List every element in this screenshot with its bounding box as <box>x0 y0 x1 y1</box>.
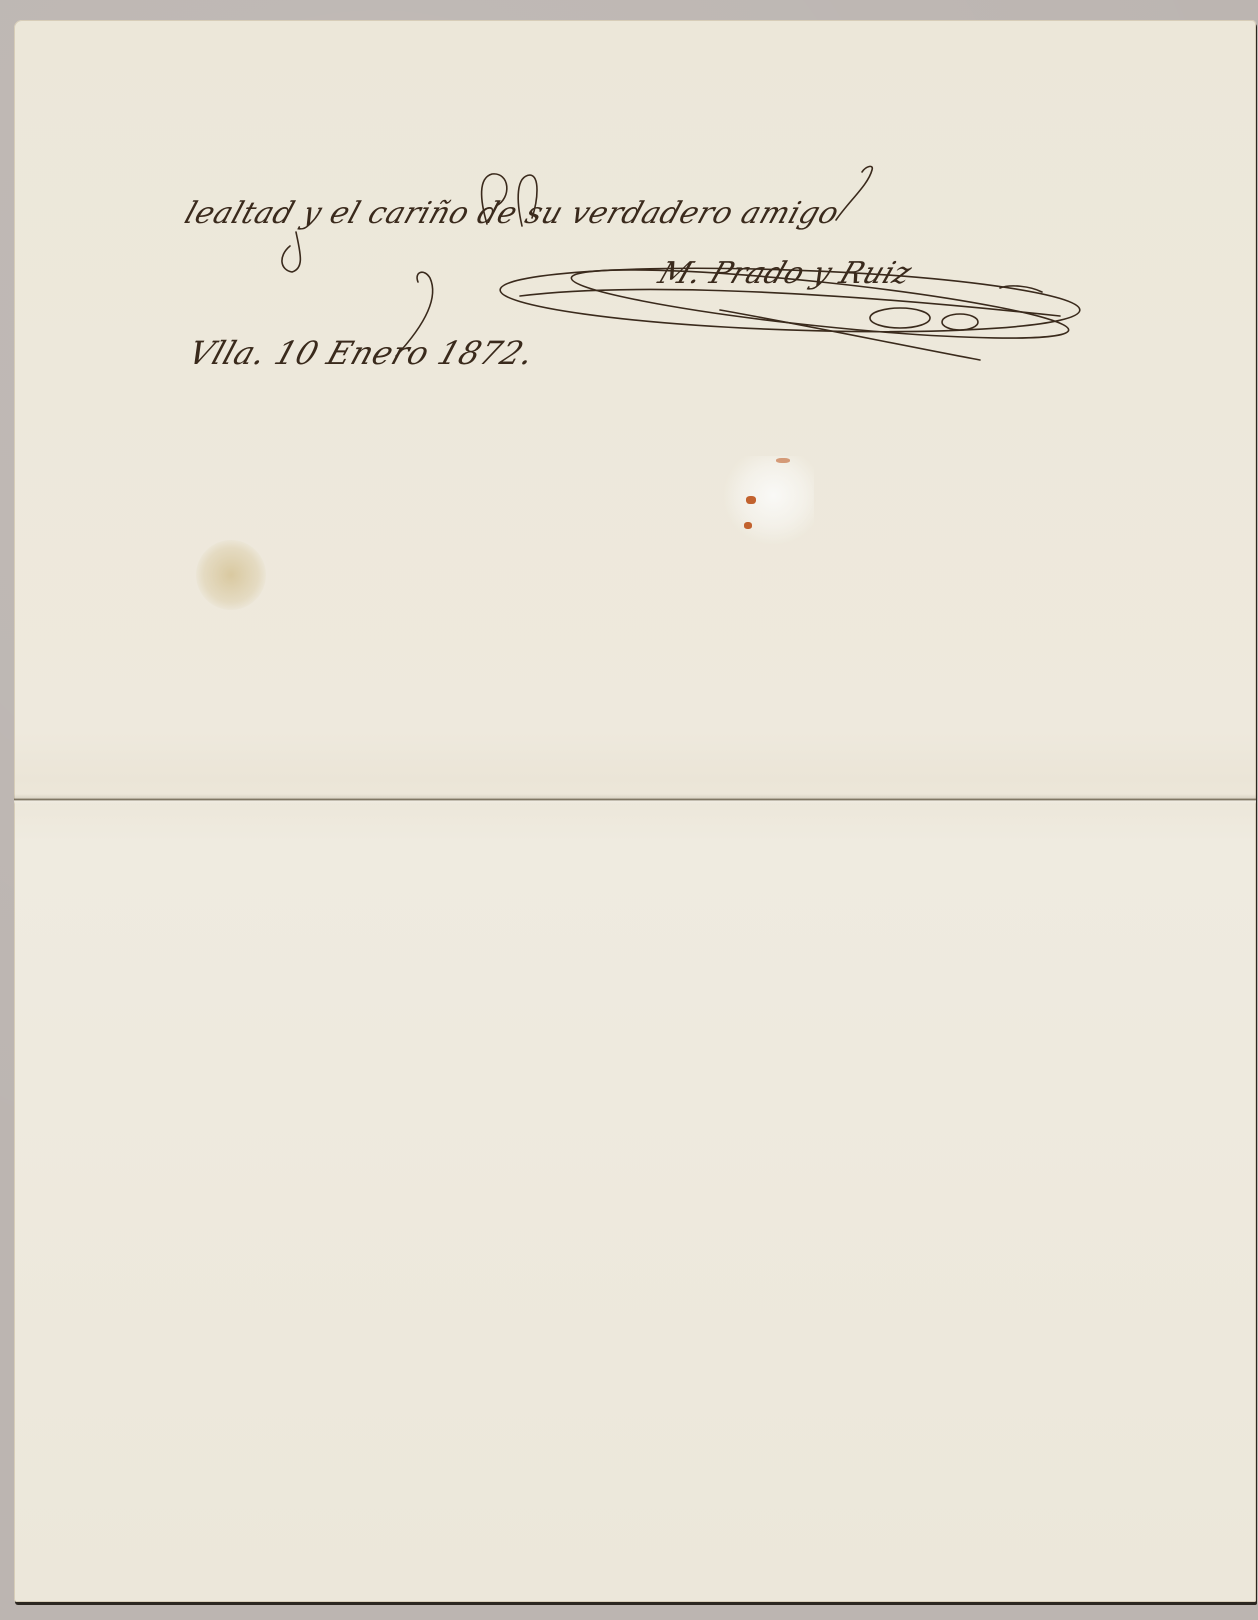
signature-flourish-icon <box>0 0 1258 1620</box>
handwriting-layer: lealtad y el cariño de su verdadero amig… <box>0 0 1258 1620</box>
